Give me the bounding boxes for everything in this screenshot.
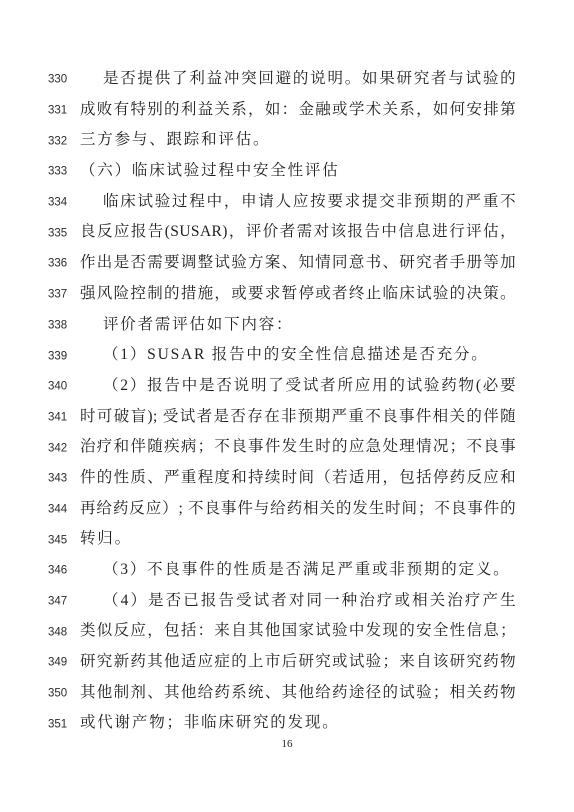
document-line: 351 或代谢产物；非临床研究的发现。 <box>0 708 574 739</box>
line-number: 331 <box>48 105 67 117</box>
document-line: 336 作出是否需要调整试验方案、知情同意书、研究者手册等加 <box>0 248 574 279</box>
line-number: 345 <box>48 534 67 546</box>
line-number: 337 <box>48 289 67 301</box>
line-number: 341 <box>48 411 67 423</box>
line-text: 治疗和伴随疾病；不良事件发生时的应急处理情况；不良事 <box>80 432 516 463</box>
line-number: 349 <box>48 657 67 669</box>
document-body: 330 是否提供了利益冲突回避的说明。如果研究者与试验的 331 成败有特别的利… <box>0 64 574 739</box>
line-number: 338 <box>48 319 67 331</box>
line-number: 335 <box>48 227 67 239</box>
document-line: 330 是否提供了利益冲突回避的说明。如果研究者与试验的 <box>0 64 574 95</box>
document-line: 345 转归。 <box>0 524 574 555</box>
document-line: 340 （2）报告中是否说明了受试者所应用的试验药物(必要 <box>0 371 574 402</box>
document-line: 349 研究新药其他适应症的上市后研究或试验；来自该研究药物 <box>0 647 574 678</box>
line-text: 转归。 <box>80 524 516 555</box>
line-text: 时可破盲); 受试者是否存在非预期严重不良事件相关的伴随 <box>80 402 516 433</box>
document-line: 347 （4）是否已报告受试者对同一种治疗或相关治疗产生 <box>0 586 574 617</box>
line-number: 343 <box>48 473 67 485</box>
line-number: 340 <box>48 381 67 393</box>
line-text: 或代谢产物；非临床研究的发现。 <box>80 708 516 739</box>
line-number: 336 <box>48 258 67 270</box>
document-line: 339 （1）SUSAR 报告中的安全性信息描述是否充分。 <box>0 340 574 371</box>
document-line: 343 件的性质、严重程度和持续时间（若适用，包括停药反应和 <box>0 463 574 494</box>
document-line: 338 评价者需评估如下内容： <box>0 310 574 341</box>
line-number: 342 <box>48 442 67 454</box>
line-text: 研究新药其他适应症的上市后研究或试验；来自该研究药物 <box>80 647 516 678</box>
line-number: 330 <box>48 74 67 86</box>
line-number: 333 <box>48 166 67 178</box>
document-line: 344 再给药反应）; 不良事件与给药相关的发生时间；不良事件的 <box>0 494 574 525</box>
line-text: 良反应报告(SUSAR)，评价者需对该报告中信息进行评估， <box>80 217 516 248</box>
document-line: 334 临床试验过程中，申请人应按要求提交非预期的严重不 <box>0 187 574 218</box>
document-page: 330 是否提供了利益冲突回避的说明。如果研究者与试验的 331 成败有特别的利… <box>0 0 574 812</box>
line-text: （1）SUSAR 报告中的安全性信息描述是否充分。 <box>80 340 516 371</box>
document-line: 335 良反应报告(SUSAR)，评价者需对该报告中信息进行评估， <box>0 217 574 248</box>
line-text: 再给药反应）; 不良事件与给药相关的发生时间；不良事件的 <box>80 494 516 525</box>
line-text: （六）临床试验过程中安全性评估 <box>80 156 516 187</box>
document-line: 348 类似反应，包括：来自其他国家试验中发现的安全性信息； <box>0 616 574 647</box>
line-text: 强风险控制的措施，或要求暂停或者终止临床试验的决策。 <box>80 279 516 310</box>
line-number: 347 <box>48 596 67 608</box>
line-text: 其他制剂、其他给药系统、其他给药途径的试验；相关药物 <box>80 678 516 709</box>
line-text: 件的性质、严重程度和持续时间（若适用，包括停药反应和 <box>80 463 516 494</box>
document-line: 341 时可破盲); 受试者是否存在非预期严重不良事件相关的伴随 <box>0 402 574 433</box>
line-text: 作出是否需要调整试验方案、知情同意书、研究者手册等加 <box>80 248 516 279</box>
line-text: 三方参与、跟踪和评估。 <box>80 125 516 156</box>
line-number: 348 <box>48 626 67 638</box>
line-text: （4）是否已报告受试者对同一种治疗或相关治疗产生 <box>80 586 516 617</box>
line-text: 类似反应，包括：来自其他国家试验中发现的安全性信息； <box>80 616 516 647</box>
line-number: 350 <box>48 688 67 700</box>
document-line: 331 成败有特别的利益关系，如：金融或学术关系，如何安排第 <box>0 95 574 126</box>
document-line: 346 （3）不良事件的性质是否满足严重或非预期的定义。 <box>0 555 574 586</box>
line-text: 评价者需评估如下内容： <box>80 310 516 341</box>
line-text: 成败有特别的利益关系，如：金融或学术关系，如何安排第 <box>80 95 516 126</box>
line-number: 334 <box>48 197 67 209</box>
line-text: 是否提供了利益冲突回避的说明。如果研究者与试验的 <box>80 64 516 95</box>
document-line: 342 治疗和伴随疾病；不良事件发生时的应急处理情况；不良事 <box>0 432 574 463</box>
line-number: 346 <box>48 565 67 577</box>
document-line: 337 强风险控制的措施，或要求暂停或者终止临床试验的决策。 <box>0 279 574 310</box>
document-line: 350 其他制剂、其他给药系统、其他给药途径的试验；相关药物 <box>0 678 574 709</box>
line-number: 339 <box>48 350 67 362</box>
line-text: （3）不良事件的性质是否满足严重或非预期的定义。 <box>80 555 516 586</box>
line-text: 临床试验过程中，申请人应按要求提交非预期的严重不 <box>80 187 516 218</box>
document-line: 333 （六）临床试验过程中安全性评估 <box>0 156 574 187</box>
document-line: 332 三方参与、跟踪和评估。 <box>0 125 574 156</box>
line-number: 344 <box>48 503 67 515</box>
page-number: 16 <box>0 738 574 750</box>
line-text: （2）报告中是否说明了受试者所应用的试验药物(必要 <box>80 371 516 402</box>
line-number: 351 <box>48 718 67 730</box>
line-number: 332 <box>48 135 67 147</box>
